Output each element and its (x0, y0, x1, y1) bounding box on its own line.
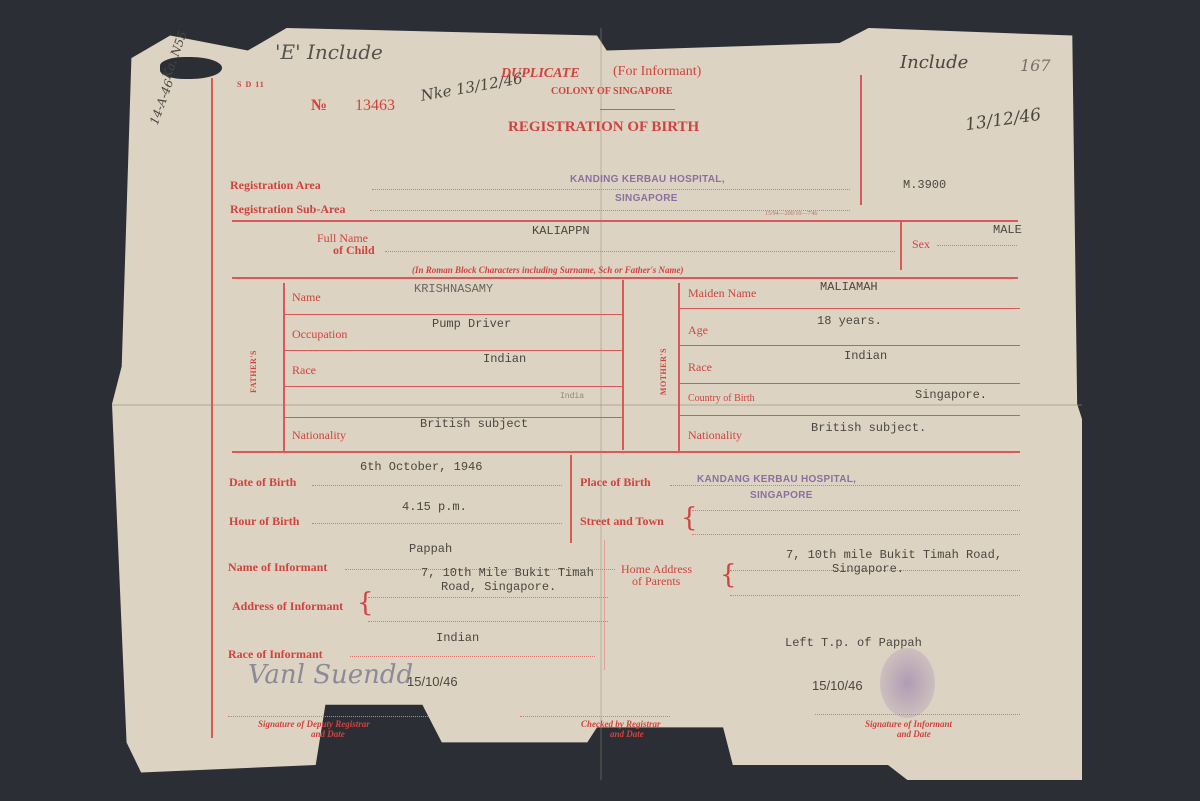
table-line (622, 280, 624, 450)
father-name: KRISHNASAMY (414, 282, 493, 296)
deputy-date: 15/10/46 (407, 674, 458, 689)
place-of-birth-label: Place of Birth (580, 475, 651, 490)
father-country: India (560, 392, 584, 401)
hour-of-birth: 4.15 p.m. (402, 500, 467, 514)
row-line (285, 350, 623, 351)
mother-age-label: Age (688, 323, 708, 338)
home-address: 7, 10th mile Bukit Timah Road, (786, 548, 1002, 562)
street-town-label: Street and Town (580, 514, 664, 529)
form-code: S D 11 (237, 80, 265, 89)
informant-name-label: Name of Informant (228, 560, 327, 575)
informant-race: Indian (436, 631, 479, 645)
mother-nationality: British subject. (811, 421, 926, 435)
deputy-signature-label: and Date (311, 729, 345, 739)
father-nationality: British subject (420, 417, 528, 431)
registration-stamp: KANDING KERBAU HOSPITAL, (570, 174, 725, 185)
checked-label: and Date (610, 729, 644, 739)
father-name-label: Name (292, 290, 321, 305)
section-rule (232, 277, 1018, 279)
mother-country: Singapore. (915, 388, 987, 402)
name-instruction: (In Roman Block Characters including Sur… (412, 265, 684, 275)
full-name-field[interactable] (385, 251, 895, 252)
include-note-right: Include (900, 52, 968, 73)
colony-title: COLONY OF SINGAPORE (551, 86, 673, 97)
date-of-birth: 6th October, 1946 (360, 460, 482, 474)
father-race-label: Race (292, 363, 316, 378)
certificate-number: 13463 (355, 97, 395, 115)
sex-divider (900, 222, 902, 270)
deputy-signature-label: Signature of Deputy Registrar (258, 719, 370, 729)
title-rule (600, 109, 675, 110)
mother-section-label: MOTHER'S (659, 348, 668, 395)
print-code: 15/94—200/10—7'46 (765, 211, 817, 217)
row-line (285, 386, 623, 387)
deputy-signature-field[interactable] (228, 716, 428, 717)
date-of-birth-field[interactable] (312, 485, 562, 486)
hour-of-birth-label: Hour of Birth (229, 514, 299, 529)
brace: { (720, 562, 737, 588)
table-line (570, 455, 572, 543)
number-prefix: № (311, 97, 327, 115)
informant-address: 7, 10th Mile Bukit Timah (421, 566, 594, 580)
informant-address: Road, Singapore. (441, 580, 556, 594)
home-address: Singapore. (832, 562, 904, 576)
mother-nationality-label: Nationality (688, 428, 742, 443)
table-line (604, 540, 605, 670)
for-informant: (For Informant) (613, 64, 701, 80)
row-line (680, 415, 1020, 416)
sex-label: Sex (912, 237, 930, 252)
mother-maiden-name-label: Maiden Name (688, 286, 756, 301)
mother-maiden-name: MALIAMAH (820, 280, 878, 294)
page-number: 167 (1020, 56, 1051, 75)
registration-area-label: Registration Area (230, 178, 321, 193)
date-of-birth-label: Date of Birth (229, 475, 296, 490)
fold-line (112, 404, 1082, 406)
thumbprint (880, 648, 935, 718)
checked-signature-field[interactable] (520, 716, 670, 717)
informant-address-label: Address of Informant (232, 599, 343, 614)
father-occupation-label: Occupation (292, 327, 347, 342)
informant-address-field[interactable] (368, 621, 608, 622)
informant-race-field[interactable] (350, 656, 595, 657)
full-name-label: of Child (333, 243, 375, 258)
informant-signature-field[interactable] (815, 714, 1020, 715)
registration-area-field[interactable] (372, 189, 850, 190)
informant-address-field[interactable] (368, 597, 608, 598)
row-line (680, 345, 1020, 346)
informant-date: 15/10/46 (812, 678, 863, 693)
header-divider (860, 75, 862, 205)
hour-of-birth-field[interactable] (312, 523, 562, 524)
town-field[interactable] (692, 534, 1020, 535)
street-field[interactable] (692, 510, 1020, 511)
mother-age: 18 years. (817, 314, 882, 328)
father-nationality-label: Nationality (292, 428, 346, 443)
child-name: KALIAPPN (532, 224, 590, 238)
informant-signature-label: Signature of Informant (865, 719, 952, 729)
brace: { (357, 590, 374, 616)
mother-race-label: Race (688, 360, 712, 375)
father-race: Indian (483, 352, 526, 366)
father-section-label: FATHER'S (249, 350, 258, 393)
section-rule (232, 451, 1020, 453)
child-sex: MALE (993, 223, 1022, 237)
mother-race: Indian (844, 349, 887, 363)
row-line (285, 314, 623, 315)
brace: { (681, 505, 698, 531)
page-title: REGISTRATION OF BIRTH (508, 119, 699, 136)
father-occupation: Pump Driver (432, 317, 511, 331)
margin-line (211, 78, 213, 738)
sex-field[interactable] (937, 245, 1017, 246)
registration-stamp: SINGAPORE (615, 193, 678, 204)
informant-name: Pappah (409, 542, 452, 556)
deputy-signature: Vanl Suendd (248, 660, 413, 690)
mother-country-label: Country of Birth (688, 393, 755, 404)
place-of-birth-field[interactable] (670, 485, 1020, 486)
table-line (283, 283, 285, 451)
home-address-field[interactable] (730, 595, 1020, 596)
informant-signature-label: and Date (897, 729, 931, 739)
place-stamp: KANDANG KERBAU HOSPITAL, (697, 474, 856, 485)
m-number: M.3900 (903, 178, 946, 192)
place-stamp: SINGAPORE (750, 490, 813, 501)
checked-label: Checked by Registrar (581, 719, 661, 729)
home-address-label: of Parents (632, 574, 680, 589)
registration-subarea-label: Registration Sub-Area (230, 202, 345, 217)
include-note: 'E' Include (275, 40, 383, 64)
row-line (680, 383, 1020, 384)
duplicate-title: DUPLICATE (501, 66, 580, 82)
row-line (680, 308, 1020, 309)
